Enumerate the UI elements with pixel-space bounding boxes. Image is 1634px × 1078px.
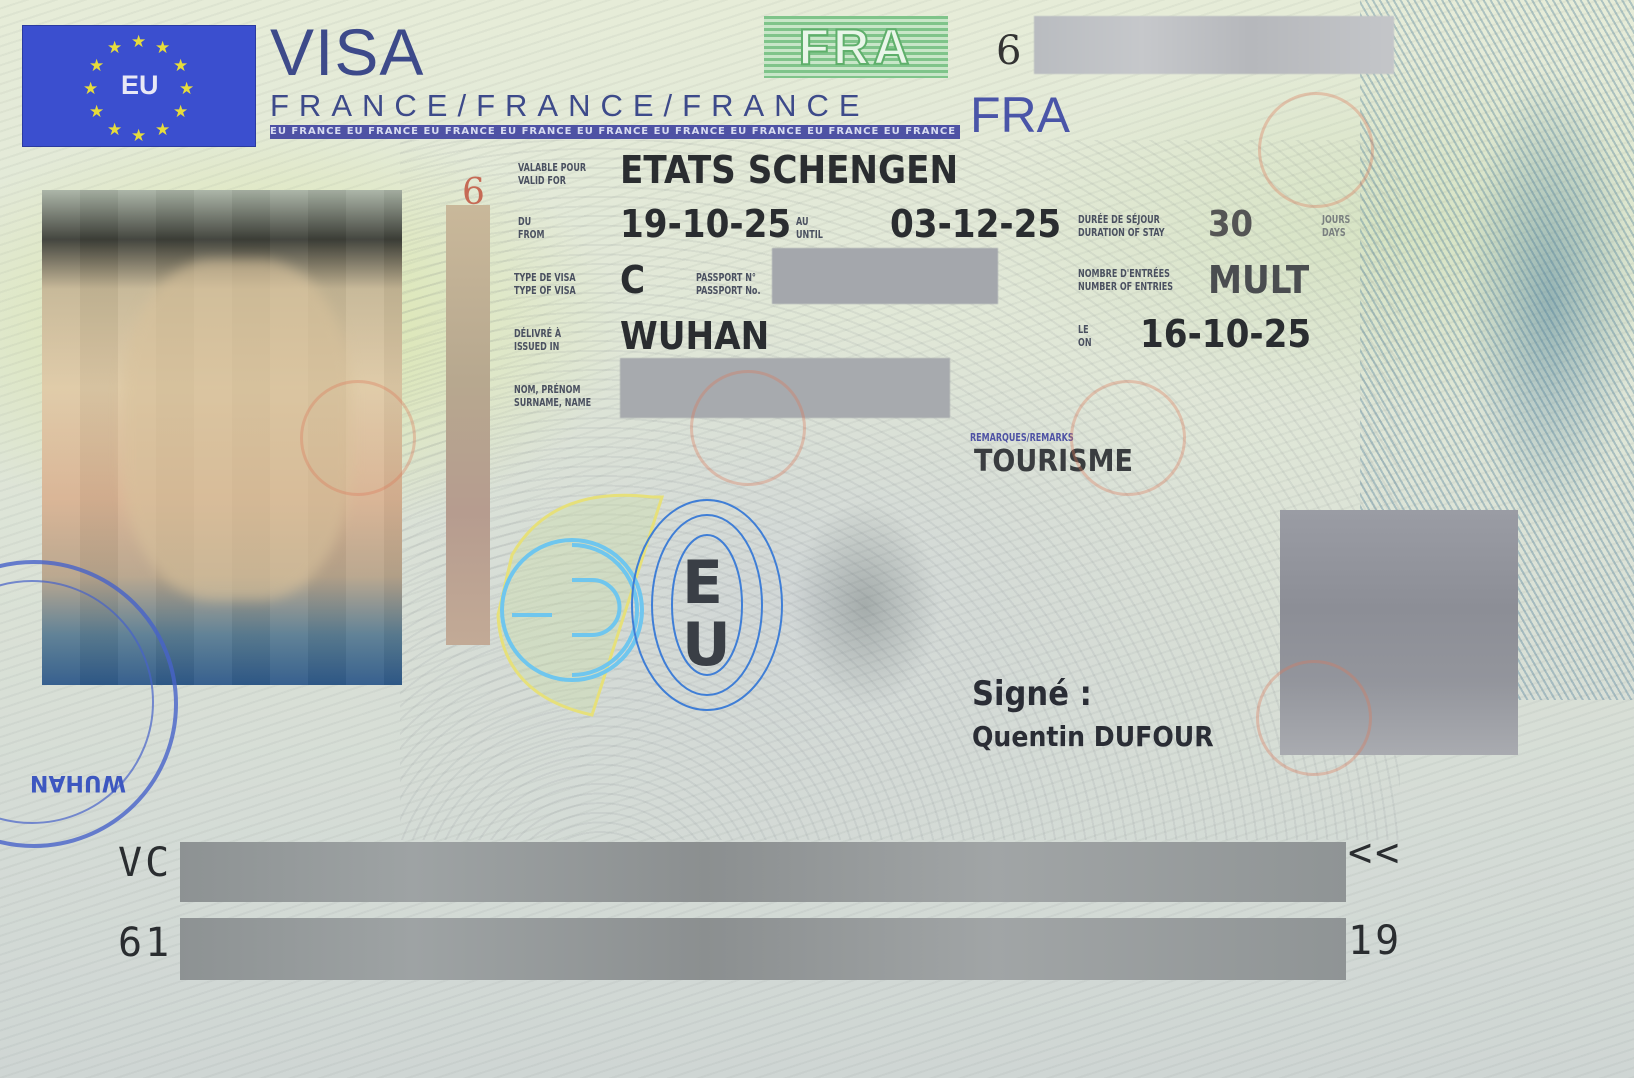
valid-for-value: ETATS SCHENGEN [620,148,958,192]
document-number-redacted [1034,16,1394,74]
mrz-line1-redacted [180,842,1346,902]
duration-unit: JOURSDAYS [1322,214,1350,240]
duration-value: 30 [1208,204,1253,245]
star-icon: ★ [173,58,188,75]
star-icon: ★ [179,81,194,98]
stamp-text: WUHAN [30,770,126,795]
valid-for-label: VALABLE POURVALID FOR [518,162,586,188]
name-label: NOM, PRÉNOMSURNAME, NAME [514,384,591,410]
country-code-stamp: FRA [764,16,948,78]
star-icon: ★ [89,58,104,75]
duration-label: DURÉE DE SÉJOURDURATION OF STAY [1078,214,1165,240]
star-icon: ★ [155,40,170,57]
visa-type-label: TYPE DE VISATYPE OF VISA [514,272,576,298]
issued-on-date: 16-10-25 [1140,312,1311,356]
fingerprint-pattern [790,500,940,710]
face-blur [122,260,352,600]
from-date: 19-10-25 [620,202,791,246]
microprint-band: EU FRANCE EU FRANCE EU FRANCE EU FRANCE … [270,125,960,139]
star-icon: ★ [131,128,146,145]
star-icon: ★ [107,122,122,139]
document-number-prefix: 6 [996,28,1021,74]
passport-label: PASSPORT N°PASSPORT No. [696,272,760,298]
star-icon: ★ [83,81,98,98]
issued-in-value: WUHAN [620,314,769,358]
issued-on-label: LEON [1078,324,1092,350]
until-label: AUUNTIL [796,216,823,242]
side-strip-redacted [446,205,490,645]
star-icon: ★ [155,122,170,139]
passport-number-redacted [772,248,998,304]
star-icon: ★ [107,40,122,57]
signature-label: Signé : [972,674,1092,714]
ghost-portrait-redacted [1280,510,1518,755]
watermark-logo [1258,92,1374,208]
until-date: 03-12-25 [890,202,1061,246]
svg-text:U: U [682,610,731,680]
eu-flag: ★ ★ ★ ★ ★ ★ ★ ★ ★ ★ ★ ★ EU [22,25,256,147]
entries-label: NOMBRE D'ENTRÉESNUMBER OF ENTRIES [1078,268,1173,294]
visa-title: VISA [270,14,424,90]
mrz-line2-end: 19 [1348,918,1402,964]
from-label: DUFROM [518,216,544,242]
mrz-line2-redacted [180,918,1346,980]
remarks-value: TOURISME [974,444,1133,479]
name-redacted [620,358,950,418]
eu-flag-text: EU [121,70,159,101]
mrz-line1-end: << [1348,830,1402,876]
country-line: FRANCE/FRANCE/FRANCE [270,88,870,124]
eu-hologram: E U [492,485,792,725]
star-icon: ★ [173,104,188,121]
signature-name: Quentin DUFOUR [972,720,1214,753]
star-icon: ★ [131,34,146,51]
star-icon: ★ [89,104,104,121]
country-code: FRA [970,86,1070,144]
entries-value: MULT [1208,258,1309,302]
svg-text:E: E [682,548,723,618]
visa-type-value: C [620,258,645,302]
issued-in-label: DÉLIVRÉ ÀISSUED IN [514,328,561,354]
mrz-line2-start: 61 [118,920,172,966]
mrz-line1-start: VC [118,840,172,886]
